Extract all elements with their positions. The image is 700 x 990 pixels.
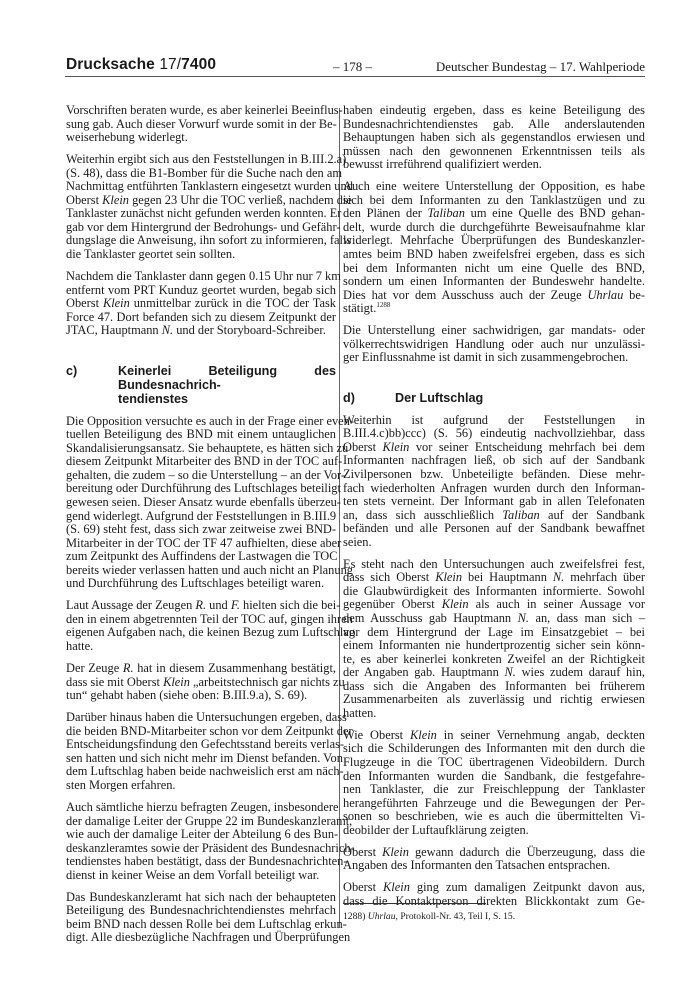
text-line: den Informanten wurden die Sandbank, die… — [343, 770, 645, 784]
name-italic: Klein — [163, 675, 190, 689]
text-line: Laut Aussage der Zeugen R. und F. hielte… — [66, 599, 336, 613]
paragraph: Oberst Klein gewann dadurch die Überzeug… — [343, 846, 645, 873]
text-line: bereits wieder verlassen hatten und auch… — [66, 564, 336, 578]
text-line: te, es aber keinerlei konkreten Zweifel … — [343, 653, 645, 667]
text: und der Storyboard-Schreiber. — [173, 323, 326, 337]
text-line: eigenen Aufgaben nach, die keinen Bezug … — [66, 626, 336, 640]
footnote-reference[interactable]: 1288 — [376, 301, 390, 309]
text-line: digt. Alle diesbezügliche Nachfragen und… — [66, 931, 336, 945]
text-line: dass sich die Angaben des Informanten be… — [343, 680, 645, 694]
name-italic: Klein — [102, 193, 129, 207]
text: Der Zeuge — [66, 661, 123, 675]
text-line: hatten. — [343, 707, 645, 721]
text-line: Force 47. Dort befanden sich zu diesem Z… — [66, 311, 336, 325]
text-line: gehalten, die zudem – so die Unterstellu… — [66, 469, 336, 483]
text-line: bereitung oder Durchführung des Luftschl… — [66, 482, 336, 496]
text: JTAC, Hauptmann — [66, 323, 162, 337]
text-line: ger Einflussnahme ist damit in sich zusa… — [343, 351, 645, 365]
text-line: deobilder der Luftaufklärung zeigten. — [343, 824, 645, 838]
name-italic: Klein — [382, 845, 409, 859]
text-line: dungslage die Anweisung, ihn sofort zu i… — [66, 234, 336, 248]
text-line: Vorschriften beraten wurde, es aber kein… — [66, 104, 336, 118]
text-line: zum Zeitpunkt des Auffindens der Lastwag… — [66, 550, 336, 564]
name-italic: Taliban — [502, 508, 539, 522]
text: den Plänen der — [343, 206, 428, 220]
text-line: herangeführten Fahrzeuge und die Bewegun… — [343, 797, 645, 811]
text-line: wie auch der damalige Leiter der Abteilu… — [66, 828, 336, 842]
text: an, dass man sich – — [529, 611, 645, 625]
text: auf der Sandbank — [540, 508, 645, 522]
text-line: Mitarbeiter in der TOC der TF 47 aufhiel… — [66, 537, 336, 551]
paragraph: Vorschriften beraten wurde, es aber kein… — [66, 104, 336, 145]
paragraph: Das Bundeskanzleramt hat sich nach der b… — [66, 891, 336, 945]
paragraph: Auch sämtliche hierzu befragten Zeugen, … — [66, 801, 336, 882]
text: gegen 23 Uhr die TOC verließ, nachdem di… — [129, 193, 352, 207]
paragraph: Weiterhin ist aufgrund der Feststellunge… — [343, 414, 645, 549]
name-italic: R. — [123, 661, 134, 675]
text-line: Nachmittag entführten Tanklastern einges… — [66, 180, 336, 194]
right-column: haben eindeutig ergeben, dass es keine B… — [343, 104, 645, 917]
doc-number-prefix: 17/ — [159, 56, 181, 73]
text: gewann dadurch die Überzeugung, dass die — [409, 845, 645, 859]
text-line: Weiterhin ergibt sich aus den Feststellu… — [66, 153, 336, 167]
text-line: die Tanklaster geortet sein sollten. — [66, 248, 336, 262]
text-line: beim BND nach dessen Rolle bei dem Lufts… — [66, 918, 336, 932]
doc-number: 7400 — [181, 56, 216, 73]
text: vor seiner Entscheidung mehrfach bei dem — [409, 440, 645, 454]
text: dass sich Oberst — [343, 570, 435, 584]
text-line: Wie Oberst Klein in seiner Vernehmung an… — [343, 729, 645, 743]
text-line: den in einem abgetrennten Teil der TOC a… — [66, 613, 336, 627]
page-header: Drucksache 17/7400 – 178 – Deutscher Bun… — [65, 56, 645, 77]
document-number: Drucksache 17/7400 — [66, 56, 216, 74]
text-line: sten Morgen erfahren. — [66, 779, 336, 793]
text-line: tun“ gehabt haben (siehe oben: B.III.9.a… — [66, 689, 336, 703]
text-line: amtes beim BND haben zweifelsfrei ergebe… — [343, 248, 645, 262]
text-line: sich die Schilderungen des Informanten m… — [343, 742, 645, 756]
text-line: Der Zeuge R. hat in diesem Zusammenhang … — [66, 662, 336, 676]
text-line: Auch eine weitere Unterstellung der Oppo… — [343, 180, 645, 194]
text: wies zudem darauf hin, — [516, 665, 645, 679]
text-line: dienst in keiner Weise an dem Vorfall be… — [66, 869, 336, 883]
text: be- — [623, 288, 645, 302]
name-italic: Klein — [383, 440, 410, 454]
paragraph: Wie Oberst Klein in seiner Vernehmung an… — [343, 729, 645, 837]
paragraph: Weiterhin ergibt sich aus den Feststellu… — [66, 153, 336, 261]
text-line: Entscheidungsfindung den Gefechtsstand b… — [66, 738, 336, 752]
text: stätigt. — [343, 301, 376, 315]
text-line: JTAC, Hauptmann N. und der Storyboard-Sc… — [66, 324, 336, 338]
text: in seiner Vernehmung angab, deckten — [437, 728, 645, 742]
section-heading-d: d) Der Luftschlag — [343, 391, 645, 405]
text-line: dass sich Oberst Klein bei Hauptmann N. … — [343, 571, 645, 585]
text-line: Behauptungen haben sich als gegenstandlo… — [343, 131, 645, 145]
text-line: gend widerlegt. Aufgrund der Feststellun… — [66, 510, 336, 524]
section-number: c) — [66, 364, 118, 406]
text-line: dem Ausschuss gab Hauptmann N. an, dass … — [343, 612, 645, 626]
text-line: Tanklaster zunächst nicht gefunden werde… — [66, 207, 336, 221]
text-line: deskanzleramtes sowie der Präsident des … — [66, 842, 336, 856]
text-line: Oberst Klein vor seiner Entscheidung meh… — [343, 441, 645, 455]
text-line: delt, wurde durch die durchgeführte Bewe… — [343, 221, 645, 235]
text-line: Zivilpersonen bzw. Unbeteiligte befänden… — [343, 468, 645, 482]
text-line: Dies hat vor dem Ausschuss auch der Zeug… — [343, 289, 645, 303]
text-line: befänden und alle Personen auf der Sandb… — [343, 522, 645, 536]
text-line: Beteiligung des Bundesnachrichtendienste… — [66, 904, 336, 918]
text: Wie Oberst — [343, 728, 410, 742]
doc-label: Drucksache — [66, 56, 155, 73]
text-line: und Durchführung des Luftschlages beteil… — [66, 577, 336, 591]
text-line: Flugzeuge in die TOC übertragenen Videob… — [343, 756, 645, 770]
paragraph: Die Unterstellung einer sachwidrigen, ga… — [343, 324, 645, 365]
text: Oberst — [66, 296, 103, 310]
text-line: der Angaben gab. Hauptmann N. wies zudem… — [343, 666, 645, 680]
text-line: gegenüber Oberst Klein als auch in seine… — [343, 598, 645, 612]
text-line: weiserhebung widerlegt. — [66, 131, 336, 145]
paragraph: Darüber hinaus haben die Untersuchungen … — [66, 711, 336, 792]
text: hielten sich die bei- — [240, 598, 340, 612]
text: der Angaben gab. Hauptmann — [343, 665, 504, 679]
name-italic: N. — [504, 665, 515, 679]
text-line: bewusst irreführend qualifiziert werden. — [343, 158, 645, 172]
text-line: völkerrechtswidrigen Handlung oder auch … — [343, 338, 645, 352]
text-line: widerlegt. Mehrfache Überprüfungen des B… — [343, 234, 645, 248]
text-line: nen Tanklaster, die zur Freischleppung d… — [343, 783, 645, 797]
text-line: ten stets verneint. Der Informant gab in… — [343, 495, 645, 509]
text-line: Informanten nachfragen ließ, ob sich auf… — [343, 454, 645, 468]
text-line: müssen nach den gewonnenen Erkenntnissen… — [343, 145, 645, 159]
section-title: Keinerlei Beteiligung des Bundesnachrich… — [118, 364, 336, 406]
text-line: vor dem Hintergrund der Lage im Einsatzg… — [343, 626, 645, 640]
text-line: tuellen Beteiligung des BND mit einem un… — [66, 428, 336, 442]
text: Oberst — [343, 880, 383, 894]
text-line: (S. 48), dass die B1-Bomber für die Such… — [66, 167, 336, 181]
text-line: bei dem Informanten nicht um eine Quelle… — [343, 262, 645, 276]
text-line: (S. 69) steht fest, dass sich zwar zeitw… — [66, 523, 336, 537]
section-number: d) — [343, 391, 395, 405]
title-line: Keinerlei Beteiligung des Bundesnachrich… — [118, 364, 336, 392]
left-column: Vorschriften beraten wurde, es aber kein… — [66, 104, 336, 953]
text: hat in diesem Zusammenhang bestätigt, — [134, 661, 336, 675]
text-line: sen hatten und sich nicht mehr im Dienst… — [66, 752, 336, 766]
text-line: Die Unterstellung einer sachwidrigen, ga… — [343, 324, 645, 338]
text-line: die Glaubwürdigkeit des Informanten info… — [343, 585, 645, 599]
name-italic: R. — [195, 598, 206, 612]
name-italic: Klein — [410, 728, 437, 742]
text-line: seien. — [343, 536, 645, 550]
footnote-1288: 1288) Uhrlau, Protokoll-Nr. 43, Teil I, … — [343, 911, 515, 922]
section-heading-c: c) Keinerlei Beteiligung des Bundesnachr… — [66, 364, 336, 406]
text: bei Hauptmann — [462, 570, 553, 584]
text-line: Darüber hinaus haben die Untersuchungen … — [66, 711, 336, 725]
name-italic: Klein — [435, 570, 462, 584]
footnote-number: 1288) — [343, 911, 365, 922]
text-line: gewesen seien. Dieser Ansatz wurde ebenf… — [66, 496, 336, 510]
text-line: diesem Zeitpunkt Mitarbeiter des BND in … — [66, 455, 336, 469]
text-line: B.III.4.c)bb)ccc) (S. 56) eindeutig nach… — [343, 427, 645, 441]
text-line: sondern um einen Informanten der Bundesw… — [343, 275, 645, 289]
text-line: fach wiederholten Anfragen wurden durch … — [343, 482, 645, 496]
paragraph: haben eindeutig ergeben, dass es keine B… — [343, 104, 645, 172]
text-line: Die Opposition versuchte es auch in der … — [66, 415, 336, 429]
text-line: hatte. — [66, 640, 336, 654]
text: ging zum damaligen Zeitpunkt davon aus, — [410, 880, 645, 894]
text-line: dass die Kontaktperson direkten Blickkon… — [343, 895, 645, 909]
name-italic: Klein — [442, 597, 469, 611]
paragraph: Nachdem die Tanklaster dann gegen 0.15 U… — [66, 270, 336, 338]
text-line: Oberst Klein gewann dadurch die Überzeug… — [343, 846, 645, 860]
text-line: dem Luftschlag haben beide nachweislich … — [66, 765, 336, 779]
name-italic: Klein — [383, 880, 410, 894]
text-line: entfernt vom PRT Kunduz geortet wurden, … — [66, 284, 336, 298]
section-title: Der Luftschlag — [395, 391, 645, 405]
text-line: einem Informanten nie hundertprozentig s… — [343, 639, 645, 653]
paragraph: Die Opposition versuchte es auch in der … — [66, 415, 336, 591]
text-line: haben eindeutig ergeben, dass es keine B… — [343, 104, 645, 118]
name-italic: N. — [518, 611, 529, 625]
text-line: Angaben des Informanten den Tatsachen en… — [343, 859, 645, 873]
text: Dies hat vor dem Ausschuss auch der Zeug… — [343, 288, 587, 302]
text-line: stätigt.1288 — [343, 302, 645, 316]
text-line: Oberst Klein unmittelbar zurück in die T… — [66, 297, 336, 311]
text: mehrfach über — [564, 570, 645, 584]
paragraph: Es steht nach den Untersuchungen auch zw… — [343, 558, 645, 721]
text: Oberst — [343, 845, 382, 859]
name-italic: Uhrlau — [587, 288, 623, 302]
name-italic: Klein — [103, 296, 130, 310]
paragraph: Oberst Klein ging zum damaligen Zeitpunk… — [343, 881, 645, 908]
text: Oberst — [343, 440, 383, 454]
text: unmittelbar zurück in die TOC der Task — [130, 296, 336, 310]
text: dem Ausschuss gab Hauptmann — [343, 611, 518, 625]
text: gegenüber Oberst — [343, 597, 442, 611]
text: Laut Aussage der Zeugen — [66, 598, 195, 612]
text-line: die beiden BND-Mitarbeiter schon vor dem… — [66, 725, 336, 739]
text-line: sonen so beschrieben, wie es auch die üb… — [343, 810, 645, 824]
text-line: gab vor dem Hintergrund der Bedrohungs- … — [66, 221, 336, 235]
text-line: Das Bundeskanzleramt hat sich nach der b… — [66, 891, 336, 905]
title-line: tendienstes — [118, 392, 188, 406]
text: „arbeitstechnisch gar nichts zu — [190, 675, 345, 689]
page-number: – 178 – — [333, 59, 372, 75]
paragraph: Auch eine weitere Unterstellung der Oppo… — [343, 180, 645, 315]
text-line: sich bei dem Informanten zu den Tanklast… — [343, 194, 645, 208]
text-line: dass sie mit Oberst Klein „arbeitstechni… — [66, 676, 336, 690]
text-line: Weiterhin ist aufgrund der Feststellunge… — [343, 414, 645, 428]
text-line: Skandalisierungsansatz. Sie behauptete, … — [66, 442, 336, 456]
text: an, dass sich ausschließlich — [343, 508, 502, 522]
text-line: den Plänen der Taliban um eine Quelle de… — [343, 207, 645, 221]
name-italic: F. — [231, 598, 240, 612]
name-italic: N. — [553, 570, 564, 584]
text-line: Es steht nach den Untersuchungen auch zw… — [343, 558, 645, 572]
text-line: Bundesnachrichtendienstes gab. Alle ande… — [343, 118, 645, 132]
paragraph: Laut Aussage der Zeugen R. und F. hielte… — [66, 599, 336, 653]
footnote-citation: , Protokoll-Nr. 43, Teil I, S. 15. — [396, 911, 516, 922]
text: und — [206, 598, 231, 612]
text-line: Zusammenarbeiten als zuverlässig und ric… — [343, 693, 645, 707]
text-line: Auch sämtliche hierzu befragten Zeugen, … — [66, 801, 336, 815]
text: um eine Quelle des BND gehan- — [465, 206, 645, 220]
text-line: der damalige Leiter der Gruppe 22 im Bun… — [66, 815, 336, 829]
text: Oberst — [66, 193, 102, 207]
text-line: tendienstes haben bestätigt, dass der Bu… — [66, 855, 336, 869]
footnote-separator — [343, 903, 486, 904]
text-line: Oberst Klein ging zum damaligen Zeitpunk… — [343, 881, 645, 895]
text-line: an, dass sich ausschließlich Taliban auf… — [343, 509, 645, 523]
text-line: Nachdem die Tanklaster dann gegen 0.15 U… — [66, 270, 336, 284]
text-line: Oberst Klein gegen 23 Uhr die TOC verlie… — [66, 194, 336, 208]
publisher: Deutscher Bundestag – 17. Wahlperiode — [436, 59, 645, 75]
name-italic: Taliban — [428, 206, 465, 220]
text-line: sung gab. Auch dieser Vorwurf wurde somi… — [66, 118, 336, 132]
text: dass sie mit Oberst — [66, 675, 163, 689]
name-italic: N. — [162, 323, 173, 337]
text: als auch in seiner Aussage vor — [469, 597, 645, 611]
paragraph: Der Zeuge R. hat in diesem Zusammenhang … — [66, 662, 336, 703]
footnote-author: Uhrlau — [368, 911, 396, 922]
